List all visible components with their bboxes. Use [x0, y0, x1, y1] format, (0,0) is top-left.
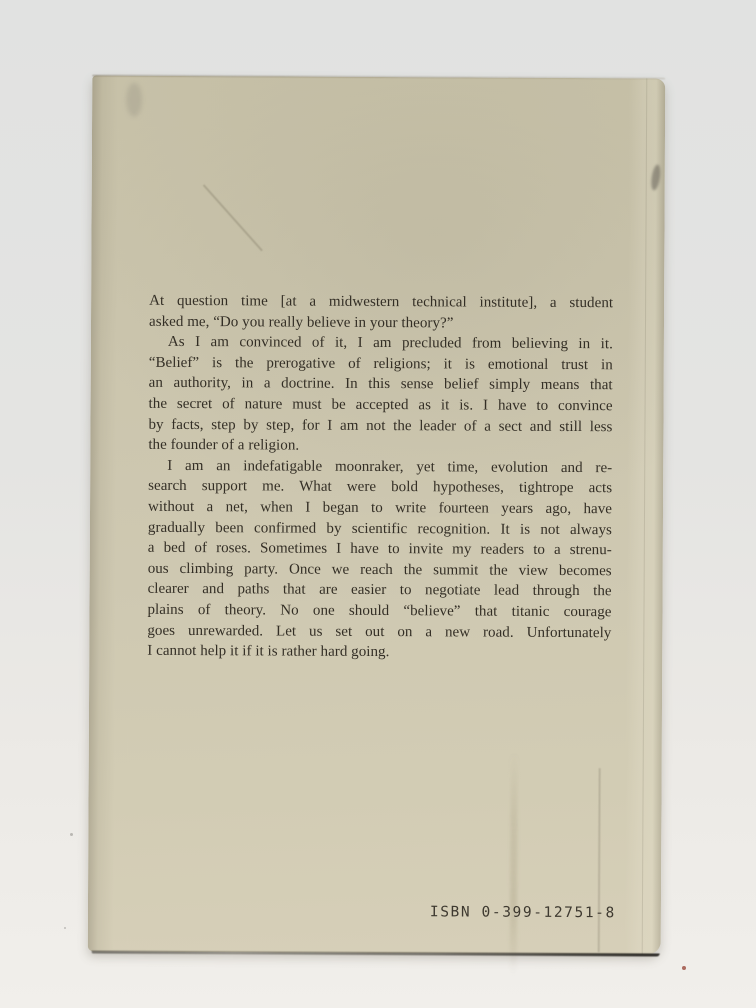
paragraph: As I am convinced of it, I am precluded …: [148, 332, 613, 458]
text-line: goes unrewarded. Let us set out on a new…: [147, 620, 611, 643]
scratch-mark: [203, 184, 263, 251]
text-line: “Belief” is the prerogative of religions…: [149, 353, 613, 376]
dust-speck: [70, 833, 73, 836]
smudge-mark: [650, 164, 662, 191]
book-top-edge: [92, 75, 665, 80]
photo-background: At question time [at a midwestern techni…: [0, 0, 756, 1008]
text-line: As I am convinced of it, I am precluded …: [149, 332, 613, 355]
text-line: I cannot help it if it is rather hard go…: [147, 641, 611, 664]
isbn-text: ISBN 0-399-12751-8: [430, 904, 616, 921]
text-line: clearer and paths that are easier to neg…: [148, 579, 612, 602]
text-line: a bed of roses. Sometimes I have to invi…: [148, 538, 612, 561]
dust-speck: [64, 927, 66, 929]
text-line: search support me. What were bold hypoth…: [148, 476, 612, 499]
book-bottom-edge: [92, 950, 660, 956]
text-line: gradually been confirmed by scientific r…: [148, 517, 612, 540]
text-line: plains of theory. No one should “believe…: [147, 600, 611, 623]
paragraph: I am an indefatigable moonraker, yet tim…: [147, 456, 612, 664]
crease-line: [598, 768, 600, 952]
text-line: without a net, when I began to write fou…: [148, 497, 612, 520]
text-line: ous climbing party. Once we reach the su…: [148, 559, 612, 582]
scuff-mark: [126, 83, 142, 117]
text-line: an authority, in a doctrine. In this sen…: [149, 373, 613, 396]
text-line: by facts, step by step, for I am not the…: [148, 414, 612, 437]
text-line: At question time [at a midwestern techni…: [149, 291, 613, 314]
text-line: I am an indefatigable moonraker, yet tim…: [148, 456, 612, 479]
paragraph: At question time [at a midwestern techni…: [149, 291, 613, 335]
dust-speck-red: [682, 966, 686, 970]
stain-streak: [510, 754, 518, 976]
back-cover-text: At question time [at a midwestern techni…: [147, 291, 613, 664]
book-back-cover: At question time [at a midwestern techni…: [88, 76, 666, 955]
jacket-fold-line: [641, 78, 647, 954]
text-line: asked me, “Do you really believe in your…: [149, 311, 613, 334]
text-line: the founder of a religion.: [148, 435, 612, 458]
text-line: the secret of nature must be accepted as…: [149, 394, 613, 417]
